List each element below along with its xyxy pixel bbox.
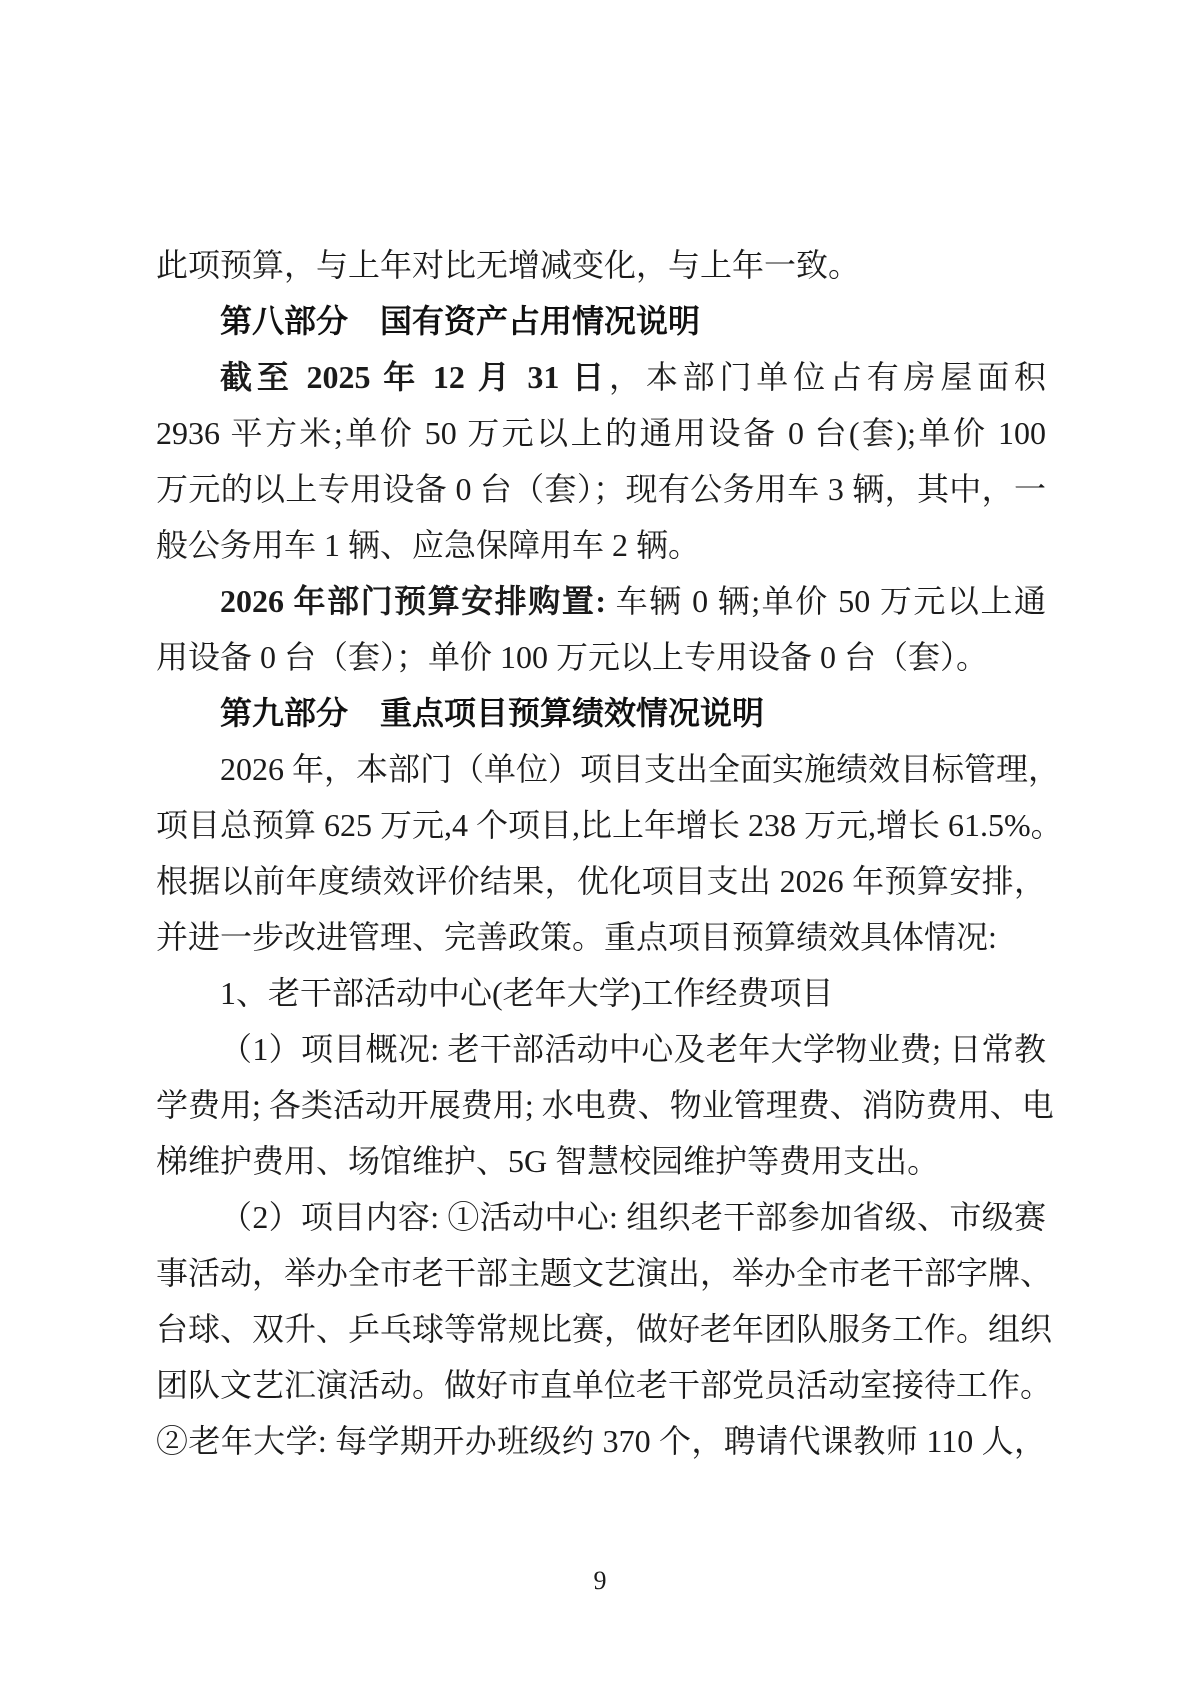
text-line: （2）项目内容: ①活动中心: 组织老干部参加省级、市级赛 xyxy=(156,1189,1046,1245)
text-segment: 项目总预算 625 万元,4 个项目,比上年增长 238 万元,增长 61.5%… xyxy=(156,807,1063,843)
text-segment: 团队文艺汇演活动。做好市直单位老干部党员活动室接待工作。 xyxy=(156,1367,1052,1403)
document-lines: 此项预算，与上年对比无增减变化，与上年一致。第八部分 国有资产占用情况说明截至 … xyxy=(156,237,1046,1469)
text-segment: 此项预算，与上年对比无增减变化，与上年一致。 xyxy=(156,247,860,283)
text-line: 根据以前年度绩效评价结果，优化项目支出 2026 年预算安排， xyxy=(156,853,1046,909)
text-line: 2026 年，本部门（单位）项目支出全面实施绩效目标管理， xyxy=(156,741,1046,797)
text-segment: 并进一步改进管理、完善政策。重点项目预算绩效具体情况: xyxy=(156,919,997,955)
section-heading: 第九部分 重点项目预算绩效情况说明 xyxy=(156,685,1046,741)
text-segment: 台球、双升、乒乓球等常规比赛，做好老年团队服务工作。组织 xyxy=(156,1311,1052,1347)
text-line: 事活动，举办全市老干部主题文艺演出，举办全市老干部字牌、 xyxy=(156,1245,1046,1301)
text-segment: 第八部分 国有资产占用情况说明 xyxy=(220,303,700,339)
text-segment: 2026 年部门预算安排购置: xyxy=(220,583,606,619)
text-segment: 学费用; 各类活动开展费用; 水电费、物业管理费、消防费用、电 xyxy=(156,1087,1054,1123)
text-line: 2026 年部门预算安排购置: 车辆 0 辆;单价 50 万元以上通 xyxy=(156,573,1046,629)
text-segment: 用设备 0 台（套）；单价 100 万元以上专用设备 0 台（套）。 xyxy=(156,639,988,675)
document-page: 此项预算，与上年对比无增减变化，与上年一致。第八部分 国有资产占用情况说明截至 … xyxy=(0,0,1200,1697)
text-line: 学费用; 各类活动开展费用; 水电费、物业管理费、消防费用、电 xyxy=(156,1077,1046,1133)
text-line: 般公务用车 1 辆、应急保障用车 2 辆。 xyxy=(156,517,1046,573)
text-segment: 般公务用车 1 辆、应急保障用车 2 辆。 xyxy=(156,527,700,563)
text-segment: 1、老干部活动中心(老年大学)工作经费项目 xyxy=(220,975,833,1011)
text-segment: 梯维护费用、场馆维护、5G 智慧校园维护等费用支出。 xyxy=(156,1143,939,1179)
text-segment: 2936 平方米;单价 50 万元以上的通用设备 0 台(套);单价 100 xyxy=(156,415,1046,451)
text-line: 项目总预算 625 万元,4 个项目,比上年增长 238 万元,增长 61.5%… xyxy=(156,797,1046,853)
text-line: 万元的以上专用设备 0 台（套）；现有公务用车 3 辆，其中，一 xyxy=(156,461,1046,517)
text-line: 2936 平方米;单价 50 万元以上的通用设备 0 台(套);单价 100 xyxy=(156,405,1046,461)
text-segment: 2026 年，本部门（单位）项目支出全面实施绩效目标管理， xyxy=(220,751,1060,787)
text-line: 1、老干部活动中心(老年大学)工作经费项目 xyxy=(156,965,1046,1021)
section-heading: 第八部分 国有资产占用情况说明 xyxy=(156,293,1046,349)
text-segment: 事活动，举办全市老干部主题文艺演出，举办全市老干部字牌、 xyxy=(156,1255,1052,1291)
text-line: 并进一步改进管理、完善政策。重点项目预算绩效具体情况: xyxy=(156,909,1046,965)
text-line: 用设备 0 台（套）；单价 100 万元以上专用设备 0 台（套）。 xyxy=(156,629,1046,685)
text-line: 团队文艺汇演活动。做好市直单位老干部党员活动室接待工作。 xyxy=(156,1357,1046,1413)
text-line: 此项预算，与上年对比无增减变化，与上年一致。 xyxy=(156,237,1046,293)
text-segment: 万元的以上专用设备 0 台（套）；现有公务用车 3 辆，其中，一 xyxy=(156,471,1046,507)
page-number: 9 xyxy=(0,1566,1200,1596)
text-line: 截至 2025 年 12 月 31 日，本部门单位占有房屋面积 xyxy=(156,349,1046,405)
text-segment: （1）项目概况: 老干部活动中心及老年大学物业费; 日常教 xyxy=(220,1031,1046,1067)
text-segment: 根据以前年度绩效评价结果，优化项目支出 2026 年预算安排， xyxy=(156,863,1046,899)
text-segment: 截至 2025 年 12 月 31 日 xyxy=(220,359,609,395)
text-segment: ，本部门单位占有房屋面积 xyxy=(609,359,1046,395)
text-line: ②老年大学: 每学期开办班级约 370 个，聘请代课教师 110 人， xyxy=(156,1413,1046,1469)
text-line: 梯维护费用、场馆维护、5G 智慧校园维护等费用支出。 xyxy=(156,1133,1046,1189)
text-segment: 车辆 0 辆;单价 50 万元以上通 xyxy=(606,583,1046,619)
text-segment: 第九部分 重点项目预算绩效情况说明 xyxy=(220,695,764,731)
text-segment: ②老年大学: 每学期开办班级约 370 个，聘请代课教师 110 人， xyxy=(156,1423,1046,1459)
text-line: 台球、双升、乒乓球等常规比赛，做好老年团队服务工作。组织 xyxy=(156,1301,1046,1357)
text-line: （1）项目概况: 老干部活动中心及老年大学物业费; 日常教 xyxy=(156,1021,1046,1077)
text-segment: （2）项目内容: ①活动中心: 组织老干部参加省级、市级赛 xyxy=(220,1199,1046,1235)
